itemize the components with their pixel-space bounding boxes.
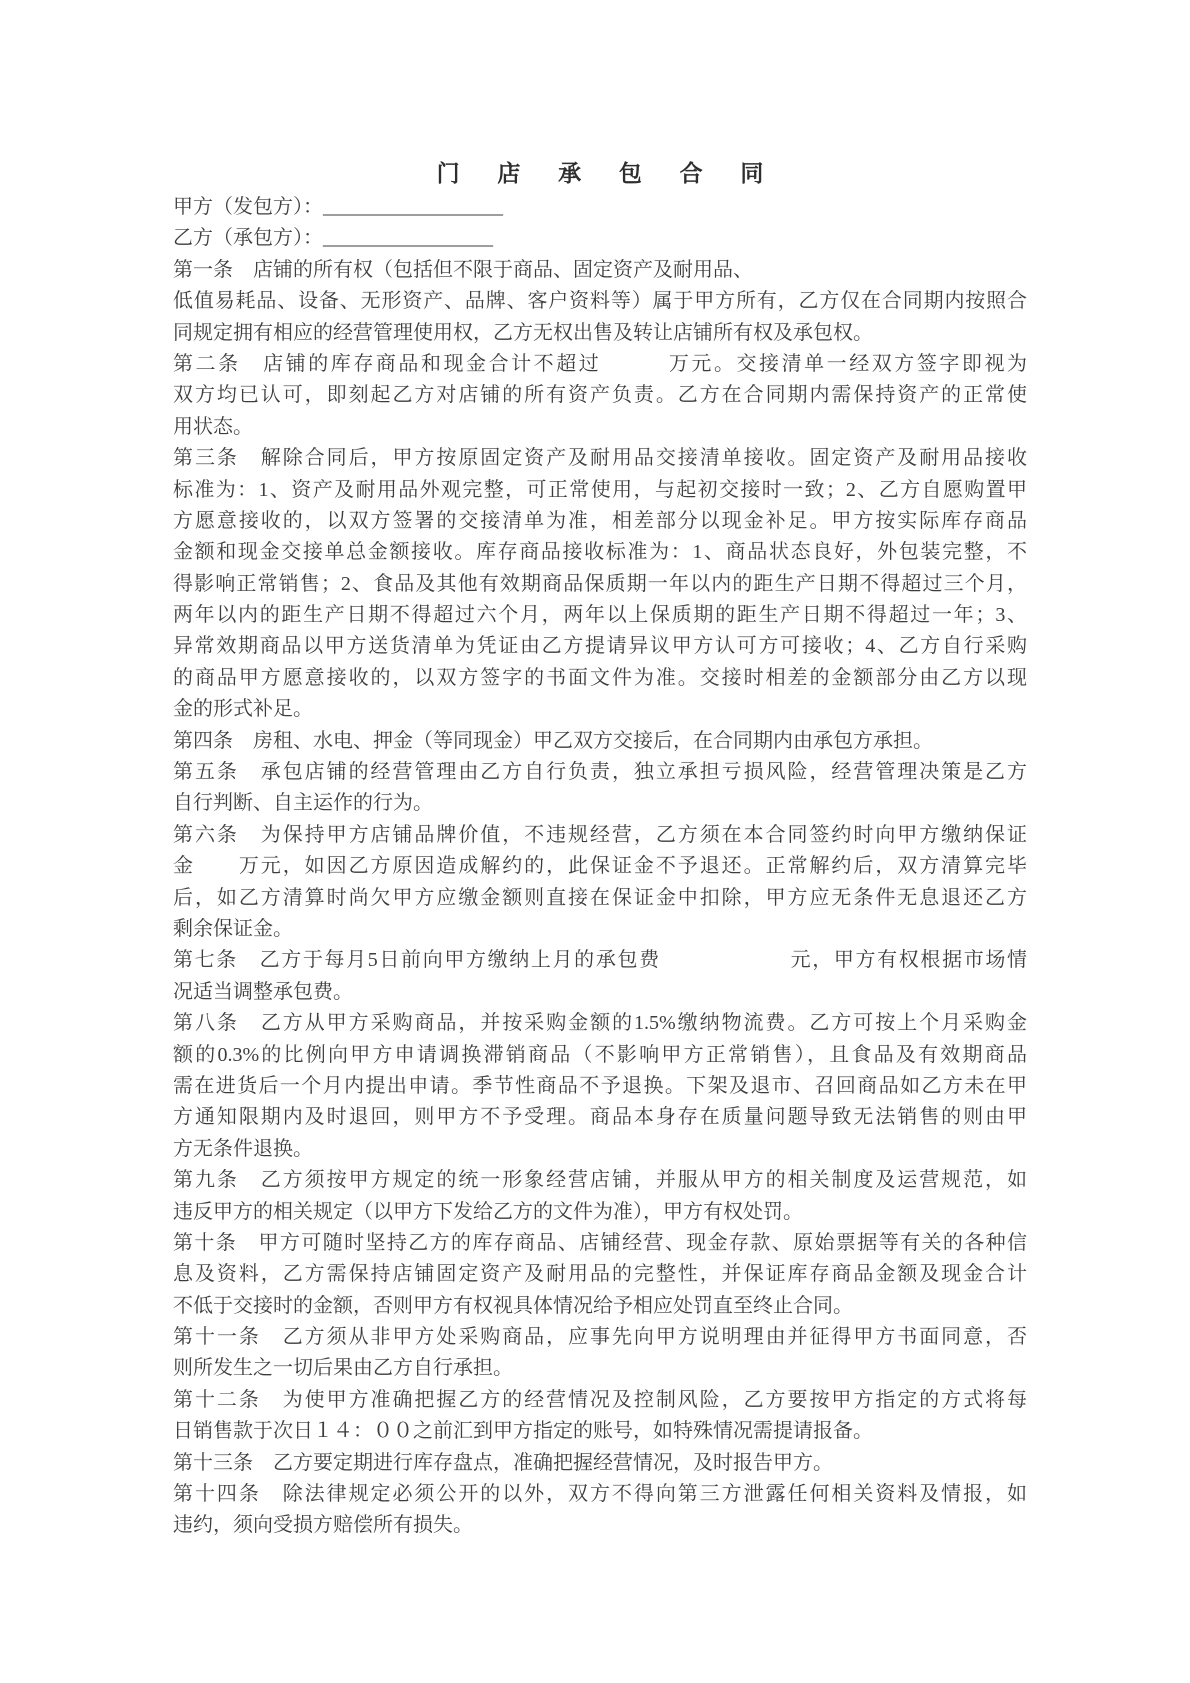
text-line: 违反甲方的相关规定（以甲方下发给乙方的文件为准），甲方有权处罚。	[173, 1197, 1027, 1228]
text-line: 用状态。	[173, 412, 1027, 443]
text-line: 标准为：1、资产及耐用品外观完整，可正常使用，与起初交接时一致；2、乙方自愿购置…	[173, 475, 1027, 506]
text-line: 第五条 承包店铺的经营管理由乙方自行负责，独立承担亏损风险，经营管理决策是乙方	[173, 757, 1027, 788]
text-line: 第十条 甲方可随时坚持乙方的库存商品、店铺经营、现金存款、原始票据等有关的各种信	[173, 1228, 1027, 1259]
text-line: 第十一条 乙方须从非甲方处采购商品，应事先向甲方说明理由并征得甲方书面同意，否	[173, 1322, 1027, 1353]
text-line: 金 万元，如因乙方原因造成解约的，此保证金不予退还。正常解约后，双方清算完毕	[173, 851, 1027, 882]
text-line: 第十四条 除法律规定必须公开的以外，双方不得向第三方泄露任何相关资料及情报，如	[173, 1479, 1027, 1510]
text-line: 违约，须向受损方赔偿所有损失。	[173, 1510, 1027, 1541]
text-line: 况适当调整承包费。	[173, 977, 1027, 1008]
text-line: 乙方（承包方）：_________________	[173, 223, 1027, 254]
text-line: 第十二条 为使甲方准确把握乙方的经营情况及控制风险，乙方要按甲方指定的方式将每	[173, 1385, 1027, 1416]
document-title: 门 店 承 包 合 同	[173, 158, 1027, 192]
text-line: 甲方（发包方）：__________________	[173, 192, 1027, 223]
text-line: 日销售款于次日１４：００之前汇到甲方指定的账号，如特殊情况需提请报备。	[173, 1416, 1027, 1447]
text-line: 第十三条 乙方要定期进行库存盘点，准确把握经营情况，及时报告甲方。	[173, 1448, 1027, 1479]
text-line: 金的形式补足。	[173, 694, 1027, 725]
document-body: 甲方（发包方）：__________________乙方（承包方）：______…	[173, 192, 1027, 1542]
text-line: 剩余保证金。	[173, 914, 1027, 945]
text-line: 第六条 为保持甲方店铺品牌价值，不违规经营，乙方须在本合同签约时向甲方缴纳保证	[173, 820, 1027, 851]
text-line: 第三条 解除合同后，甲方按原固定资产及耐用品交接清单接收。固定资产及耐用品接收	[173, 443, 1027, 474]
text-line: 需在进货后一个月内提出申请。季节性商品不予退换。下架及退市、召回商品如乙方未在甲	[173, 1071, 1027, 1102]
text-line: 异常效期商品以甲方送货清单为凭证由乙方提请异议甲方认可方可接收；4、乙方自行采购	[173, 631, 1027, 662]
text-line: 方愿意接收的，以双方签署的交接清单为准，相差部分以现金补足。甲方按实际库存商品	[173, 506, 1027, 537]
text-line: 两年以内的距生产日期不得超过六个月，两年以上保质期的距生产日期不得超过一年；3、	[173, 600, 1027, 631]
text-line: 第七条 乙方于每月5日前向甲方缴纳上月的承包费 元，甲方有权根据市场情	[173, 945, 1027, 976]
text-line: 第八条 乙方从甲方采购商品，并按采购金额的1.5%缴纳物流费。乙方可按上个月采购…	[173, 1008, 1027, 1039]
contract-document: 门 店 承 包 合 同 甲方（发包方）：__________________乙方…	[173, 158, 1027, 1542]
text-line: 额的0.3%的比例向甲方申请调换滞销商品（不影响甲方正常销售），且食品及有效期商…	[173, 1040, 1027, 1071]
text-line: 则所发生之一切后果由乙方自行承担。	[173, 1353, 1027, 1384]
text-line: 方通知限期内及时退回，则甲方不予受理。商品本身存在质量问题导致无法销售的则由甲	[173, 1102, 1027, 1133]
text-line: 的商品甲方愿意接收的，以双方签字的书面文件为准。交接时相差的金额部分由乙方以现	[173, 663, 1027, 694]
text-line: 方无条件退换。	[173, 1134, 1027, 1165]
text-line: 息及资料，乙方需保持店铺固定资产及耐用品的完整性，并保证库存商品金额及现金合计	[173, 1259, 1027, 1290]
text-line: 第一条 店铺的所有权（包括但不限于商品、固定资产及耐用品、	[173, 255, 1027, 286]
text-line: 第二条 店铺的库存商品和现金合计不超过 万元。交接清单一经双方签字即视为	[173, 349, 1027, 380]
text-line: 后，如乙方清算时尚欠甲方应缴金额则直接在保证金中扣除，甲方应无条件无息退还乙方	[173, 883, 1027, 914]
text-line: 不低于交接时的金额，否则甲方有权视具体情况给予相应处罚直至终止合同。	[173, 1291, 1027, 1322]
text-line: 第四条 房租、水电、押金（等同现金）甲乙双方交接后，在合同期内由承包方承担。	[173, 726, 1027, 757]
text-line: 自行判断、自主运作的行为。	[173, 788, 1027, 819]
text-line: 得影响正常销售；2、食品及其他有效期商品保质期一年以内的距生产日期不得超过三个月…	[173, 569, 1027, 600]
text-line: 双方均已认可，即刻起乙方对店铺的所有资产负责。乙方在合同期内需保持资产的正常使	[173, 380, 1027, 411]
text-line: 第九条 乙方须按甲方规定的统一形象经营店铺，并服从甲方的相关制度及运营规范，如	[173, 1165, 1027, 1196]
text-line: 金额和现金交接单总金额接收。库存商品接收标准为：1、商品状态良好，外包装完整，不	[173, 537, 1027, 568]
text-line: 同规定拥有相应的经营管理使用权，乙方无权出售及转让店铺所有权及承包权。	[173, 318, 1027, 349]
text-line: 低值易耗品、设备、无形资产、品牌、客户资料等）属于甲方所有，乙方仅在合同期内按照…	[173, 286, 1027, 317]
